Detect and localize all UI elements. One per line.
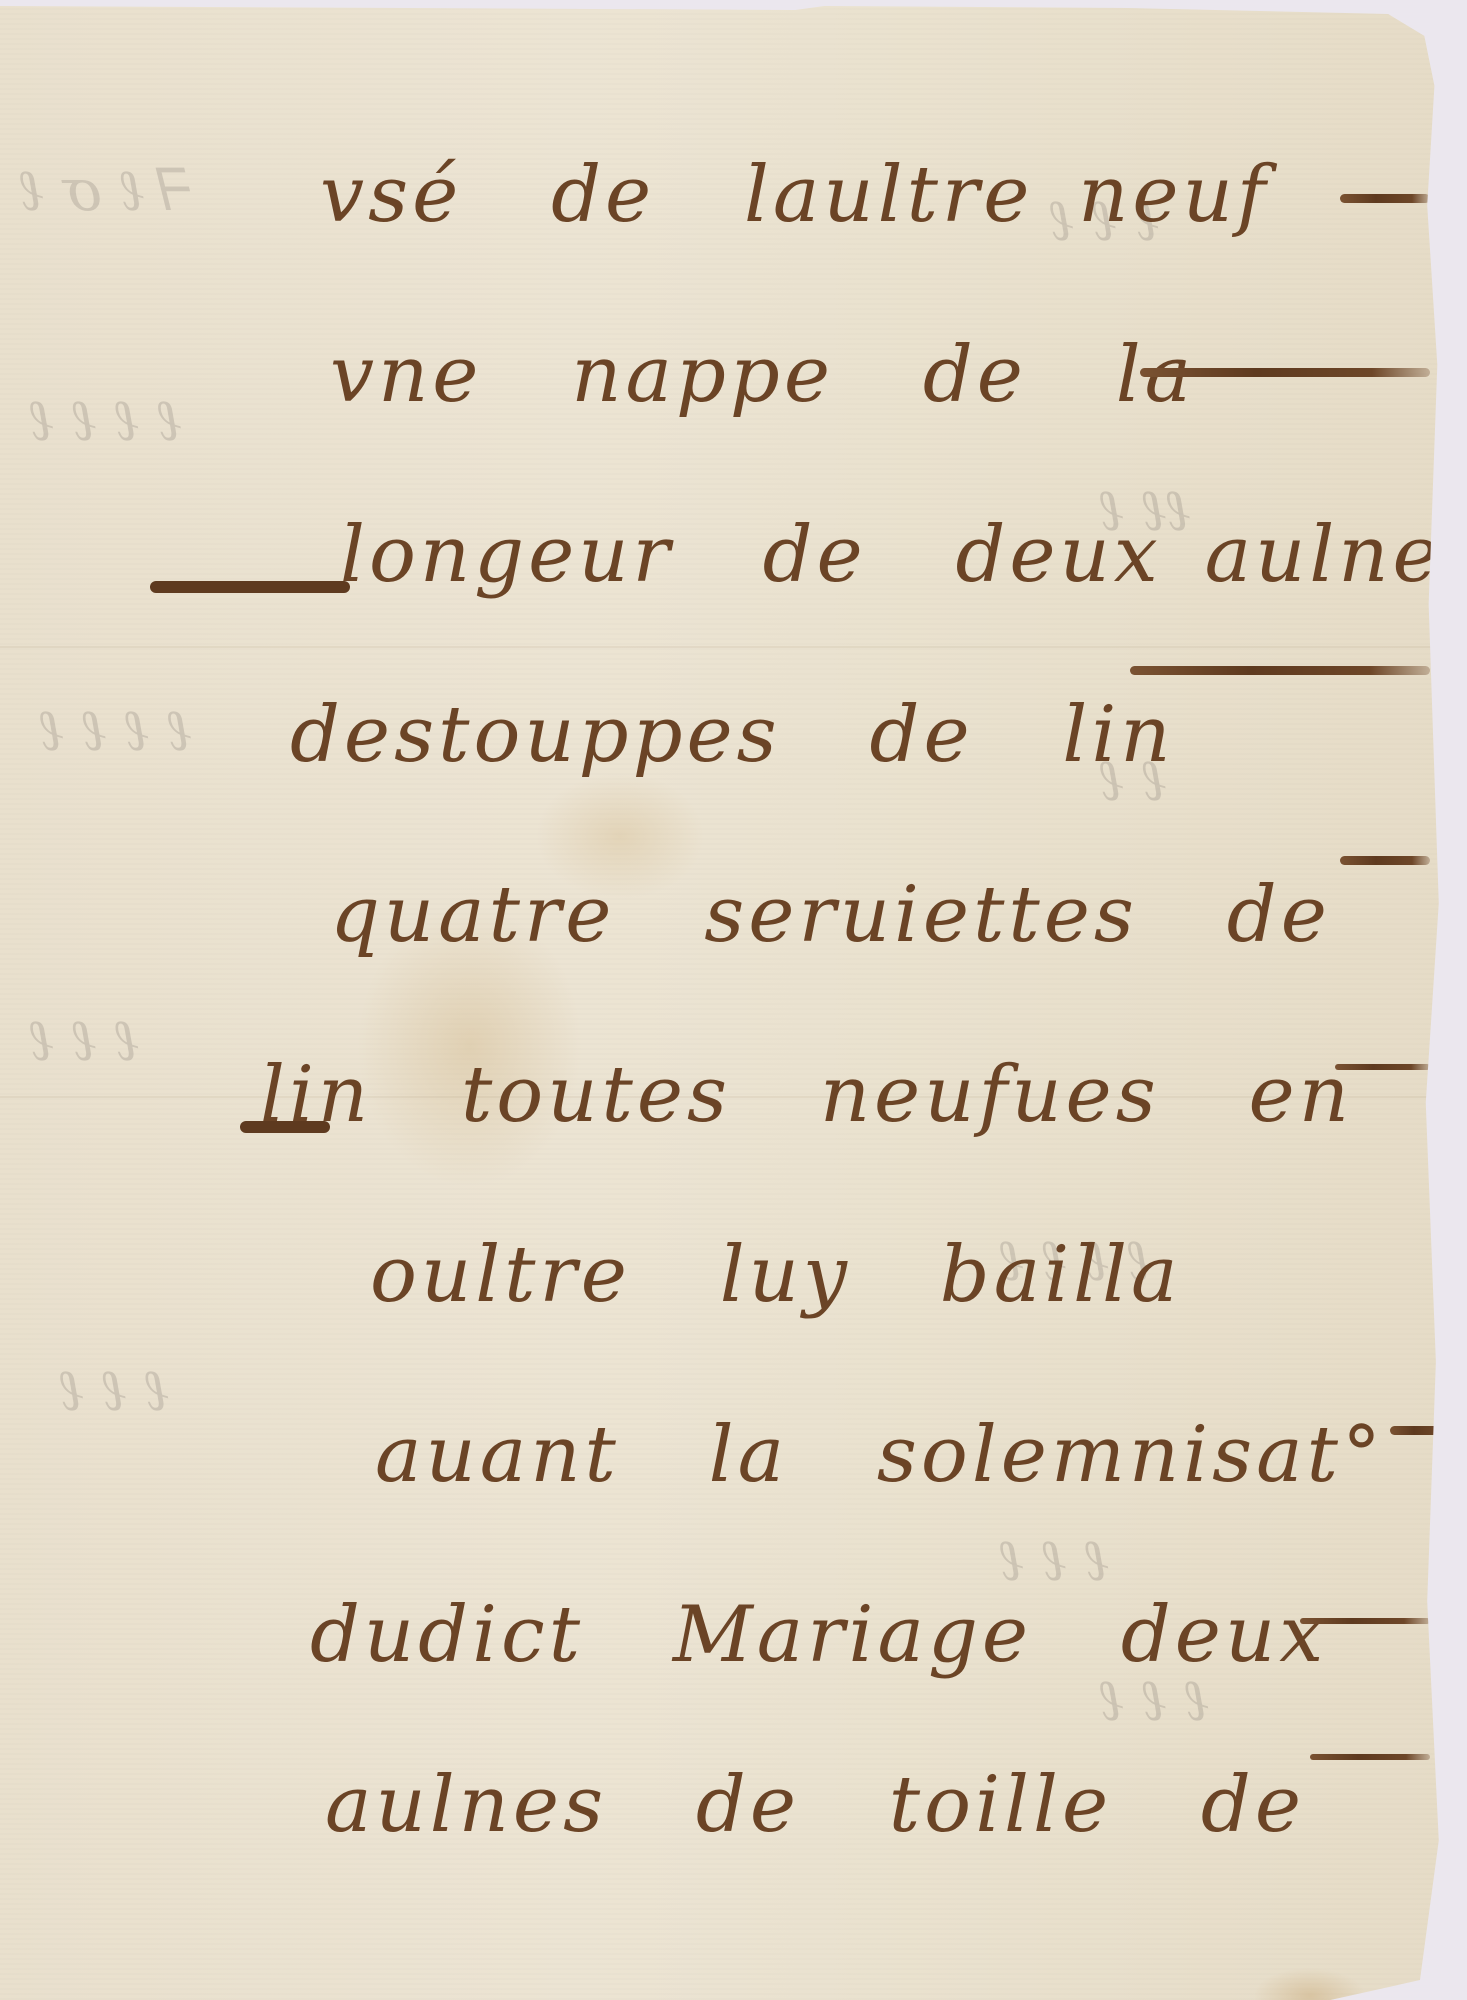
manuscript-line-1: vsé de laultre neuf (320, 156, 1330, 234)
manuscript-line-10: aulnes de toille de (325, 1766, 1365, 1844)
word: auant (375, 1416, 620, 1494)
word: bailla (940, 1236, 1182, 1314)
line-filler-stroke (1340, 194, 1430, 203)
line-filler-stroke (1300, 1618, 1430, 1624)
manuscript-scan: ᖷ ℓ σ ℓ ℓ ℓ ℓ ℓ ℓ ℓ ℓ ℓℓ ℓ ℓ ℓ ℓ ℓ ℓ ℓ ℓ… (0, 0, 1467, 2000)
word: neuf (1078, 156, 1270, 234)
word: toutes (461, 1056, 731, 1134)
bleed-through-text: ℓ ℓ ℓ (30, 1006, 139, 1074)
word: de (1201, 1766, 1305, 1844)
word: lin (260, 1056, 372, 1134)
word: quatre (330, 876, 615, 954)
word: nappe (571, 336, 834, 414)
word: deux (955, 516, 1161, 594)
bleed-through-text: ℓ ℓ ℓ (1000, 1526, 1109, 1594)
paper-sheet: ᖷ ℓ σ ℓ ℓ ℓ ℓ ℓ ℓ ℓ ℓ ℓℓ ℓ ℓ ℓ ℓ ℓ ℓ ℓ ℓ… (0, 6, 1446, 2000)
word: de (870, 696, 974, 774)
manuscript-line-2: vne nappe de la (330, 336, 1255, 414)
word: de (763, 516, 867, 594)
word: laultre (744, 156, 1033, 234)
word: lin (1062, 696, 1174, 774)
manuscript-line-5: quatre seruiettes de (330, 876, 1391, 954)
line-filler-stroke (1335, 1064, 1430, 1070)
word: longeur (340, 516, 674, 594)
manuscript-line-6: lin toutes neufues en (260, 1056, 1413, 1134)
line-filler-stroke (1310, 1754, 1430, 1760)
word: dudict (310, 1596, 584, 1674)
bleed-through-text: ℓ ℓ ℓ ℓ (30, 386, 182, 454)
word: aulnes (325, 1766, 607, 1844)
word: deux (1121, 1596, 1327, 1674)
word: la (709, 1416, 788, 1494)
margin-flourish (150, 581, 350, 593)
word: de (696, 1766, 800, 1844)
bleed-through-text: ᖷ ℓ σ ℓ (20, 156, 198, 225)
word: Mariage (673, 1596, 1032, 1674)
word: de (1227, 876, 1331, 954)
word: vsé (320, 156, 462, 234)
line-filler-stroke (1140, 368, 1430, 377)
bleed-through-text: ℓ ℓ ℓ (60, 1356, 169, 1424)
line-filler-stroke (1340, 856, 1430, 865)
paper-crease (0, 646, 1446, 648)
manuscript-line-9: dudict Mariage deux (310, 1596, 1387, 1674)
word: seruiettes (704, 876, 1138, 954)
word: aulnes (1205, 516, 1467, 594)
word: neufues (820, 1056, 1160, 1134)
line-filler-stroke (1390, 1426, 1450, 1435)
word: luy (720, 1236, 851, 1314)
word: vne (330, 336, 482, 414)
manuscript-line-7: oultre luy bailla (370, 1236, 1242, 1314)
manuscript-line-8: auant la solemnisat° (375, 1416, 1445, 1494)
word: destouppes (290, 696, 781, 774)
word: de (923, 336, 1027, 414)
word: oultre (370, 1236, 631, 1314)
manuscript-line-4: destouppes de lin (290, 696, 1235, 774)
word: toille (889, 1766, 1112, 1844)
bleed-through-text: ℓ ℓ ℓ ℓ (40, 696, 192, 764)
word: solemnisat° (877, 1416, 1385, 1494)
word: de (551, 156, 655, 234)
manuscript-line-3: longeur de deux aulnes (340, 516, 1467, 594)
line-filler-stroke (1130, 666, 1430, 675)
